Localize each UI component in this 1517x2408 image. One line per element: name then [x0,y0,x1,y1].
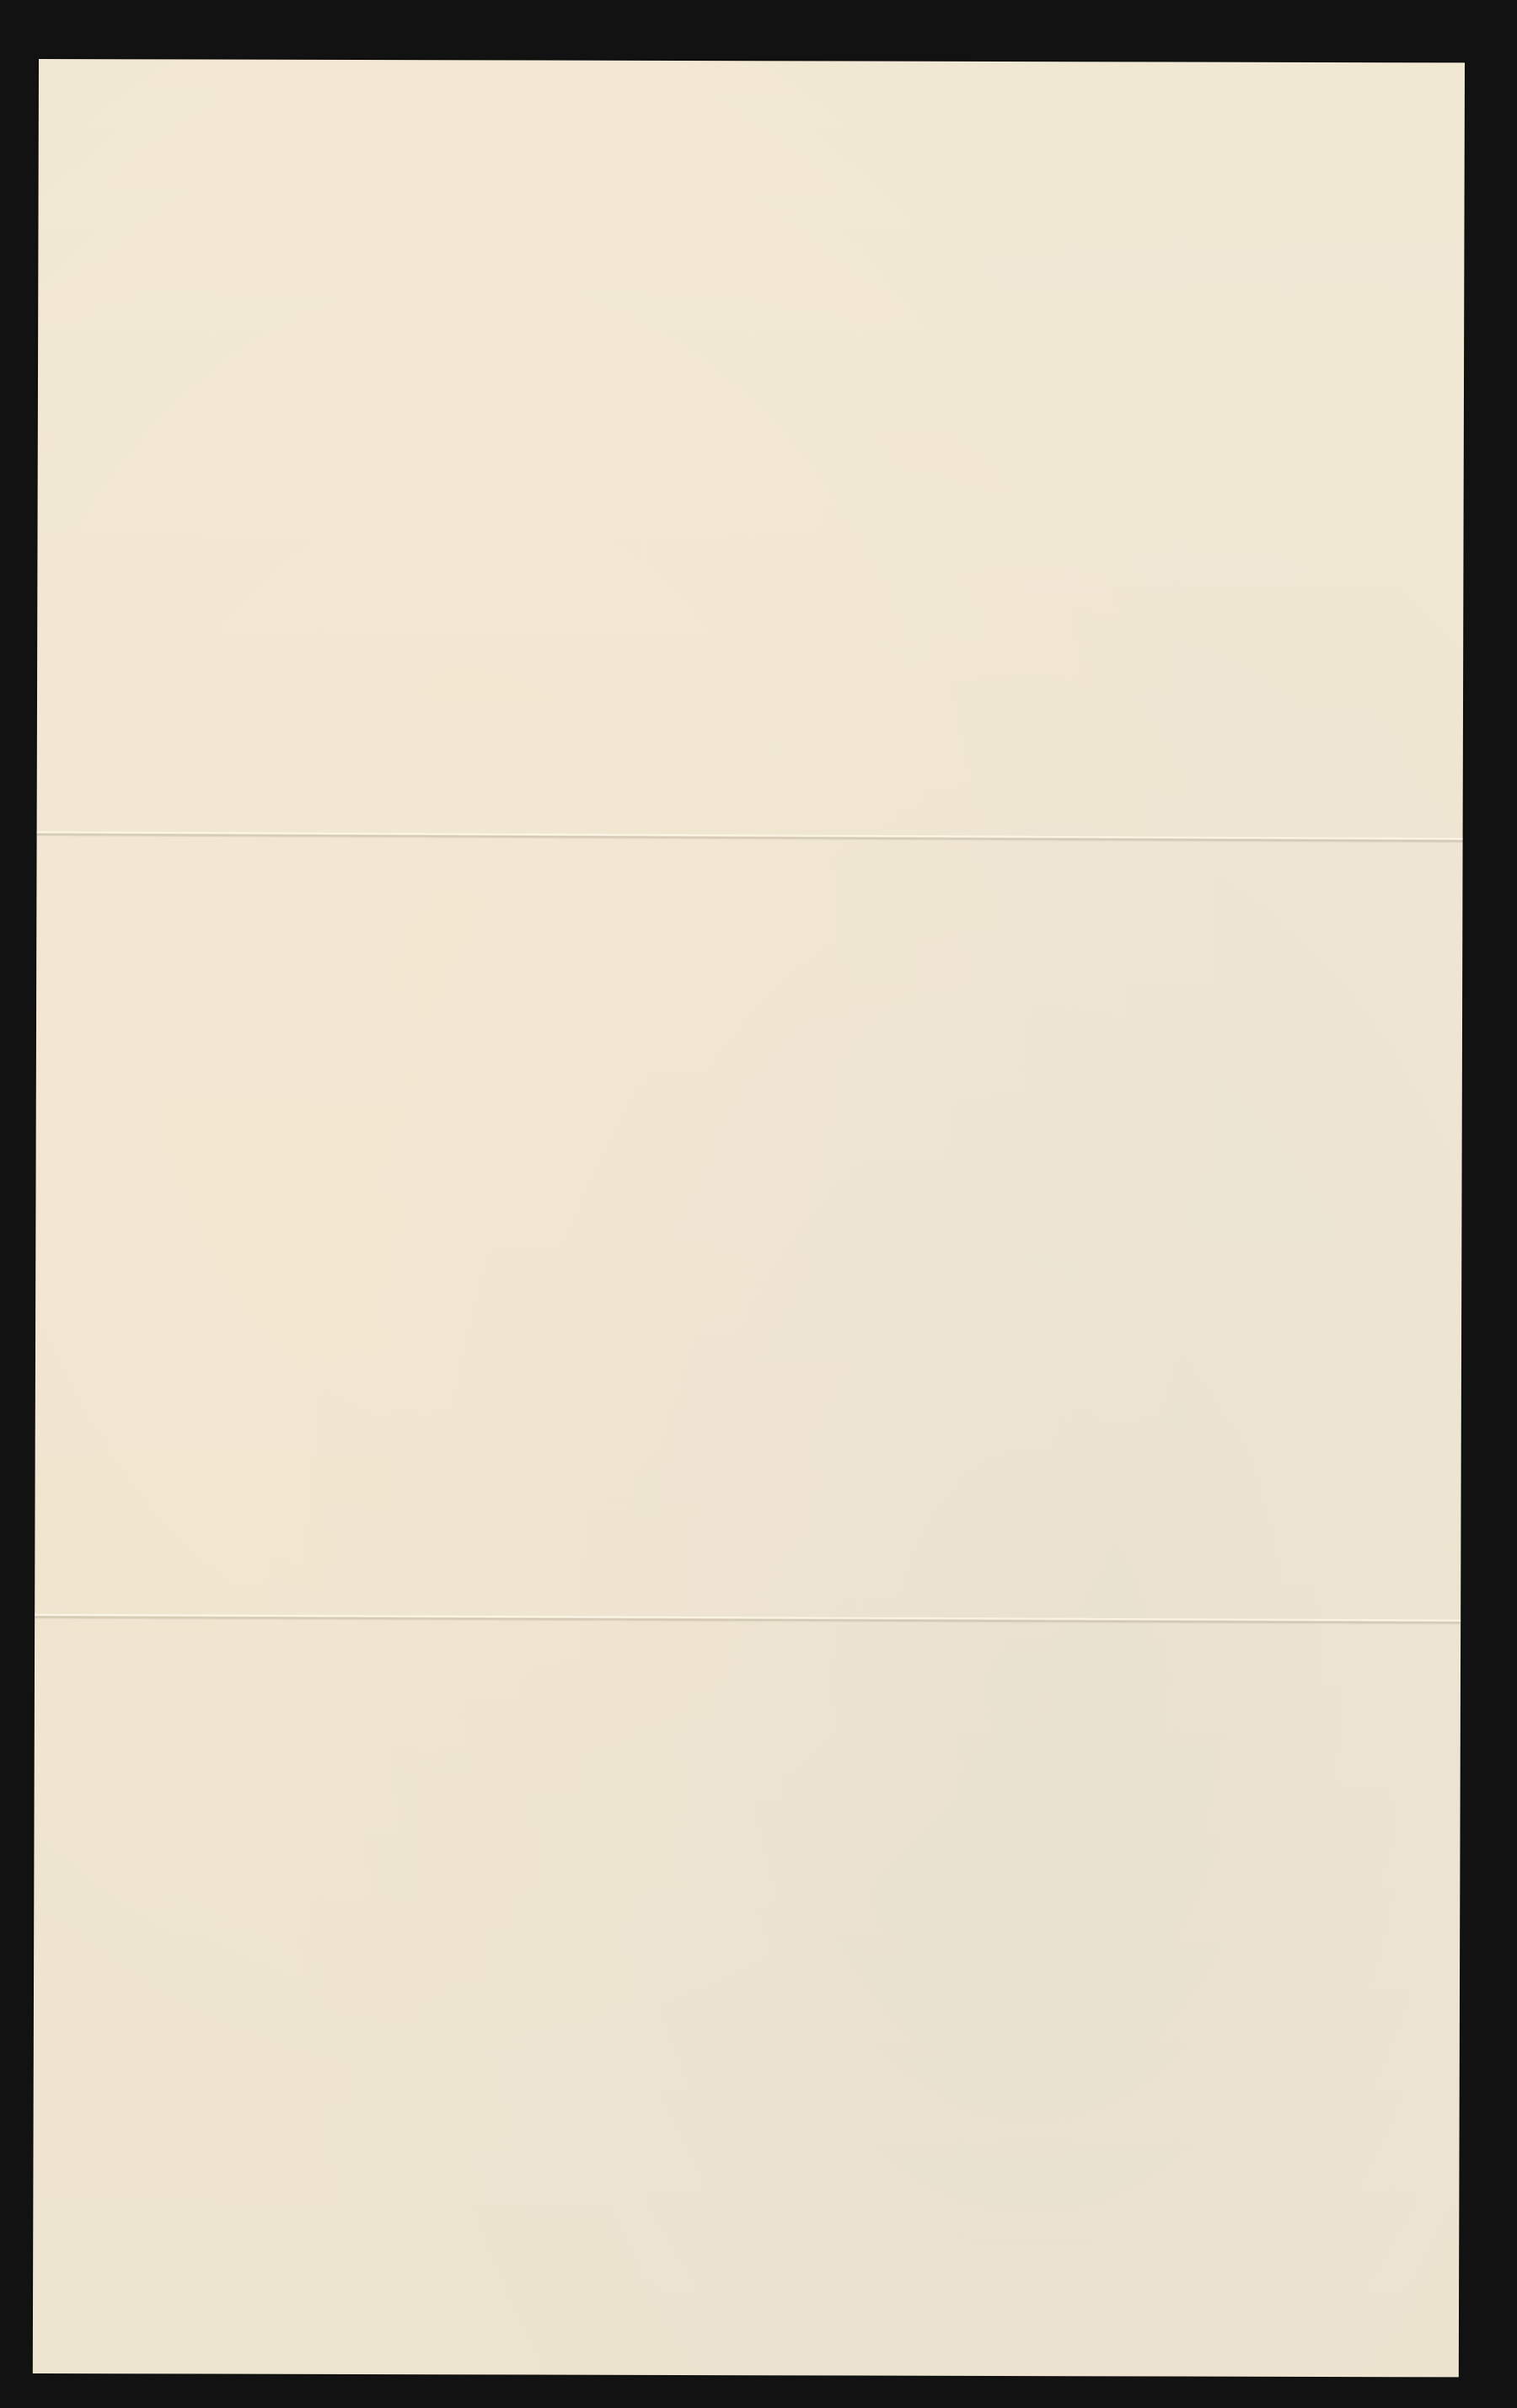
scan-background [0,0,1517,2408]
paper-sheet [33,59,1465,2377]
fold-crease-lower [35,1614,1461,1625]
fold-crease-upper [37,831,1463,843]
